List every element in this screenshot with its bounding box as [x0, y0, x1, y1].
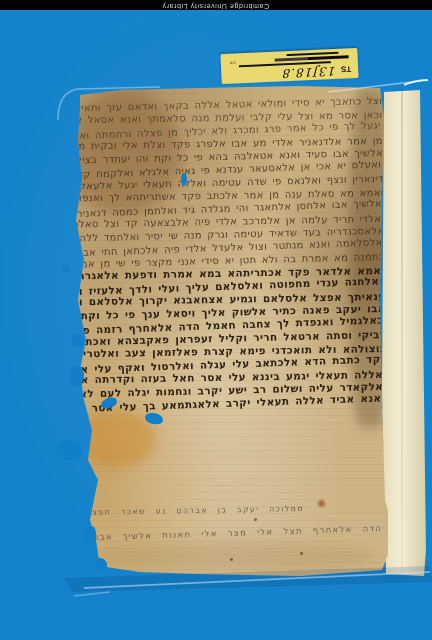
ink-speck: [300, 552, 303, 555]
manuscript-text-block: וצל כתאבך יא סידי ומולאי אטאל אללה בקאך …: [72, 96, 387, 413]
scale-unit: cm: [230, 60, 236, 65]
paper-edge-loss: [56, 440, 83, 461]
paper-hole: [181, 173, 187, 186]
address-line: ממלוכה יעקב בן אברהם נע שאכר תפצלה אלי ח…: [80, 502, 304, 520]
folder-fold-line: [401, 90, 403, 576]
classmark-prefix: TS: [341, 64, 352, 73]
classmark-number: 13J18.8: [281, 64, 336, 80]
photograph-stage: Cambridge University Library וצל כתאבך י…: [0, 0, 432, 640]
classmark-ruler-slip: TS 13J18.8 cm: [220, 48, 358, 84]
sleeve-bottom-corner: [74, 592, 110, 596]
stain: [76, 410, 156, 468]
stain: [90, 542, 380, 572]
scale-bar: [275, 55, 349, 61]
top-bar: Cambridge University Library: [0, 0, 432, 10]
paper-hole: [62, 265, 70, 273]
paper-edge-loss: [82, 526, 96, 546]
address-block: ממלוכה יעקב בן אברהם נע שאכר תפצלה אלי ח…: [80, 504, 382, 536]
manuscript-fragment: וצל כתאבך יא סידי ומולאי אטאל אללה בקאך …: [64, 86, 388, 580]
sleeve-highlight: [404, 80, 428, 85]
library-name: Cambridge University Library: [162, 2, 269, 9]
paper-edge-loss: [94, 558, 107, 571]
ink-speck: [230, 558, 233, 561]
paper-edge-loss: [72, 334, 84, 347]
